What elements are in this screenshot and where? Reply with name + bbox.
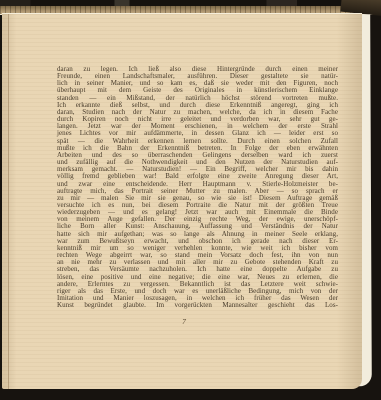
scanned-book-photo: daran zu legen. Ich ließ also diese Hint… — [0, 0, 381, 400]
body-text: daran zu legen. Ich ließ also diese Hint… — [57, 66, 338, 309]
page-number: 7 — [54, 317, 314, 326]
book-page: daran zu legen. Ich ließ also diese Hint… — [2, 13, 362, 389]
text-line: Kunst begründet glaubte. Im vorgerückten… — [57, 302, 338, 309]
page-fold-line — [8, 14, 9, 389]
